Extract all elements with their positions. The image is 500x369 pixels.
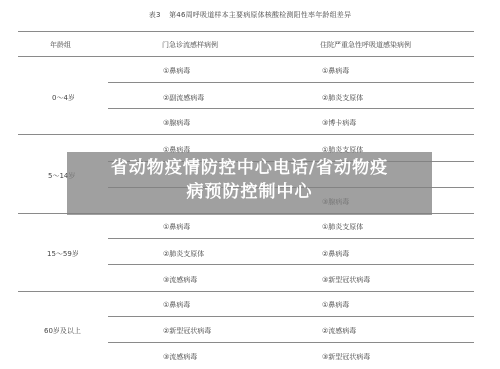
inpatient-item: ③新型冠状病毒 bbox=[322, 352, 370, 362]
row-divider bbox=[108, 82, 474, 83]
row-divider bbox=[108, 238, 474, 239]
outpatient-item: ①鼻病毒 bbox=[163, 300, 190, 310]
outpatient-item: ③腺病毒 bbox=[163, 118, 190, 128]
inpatient-item: ①鼻病毒 bbox=[322, 300, 349, 310]
inpatient-item: ①鼻病毒 bbox=[322, 66, 349, 76]
header-top-rule bbox=[18, 31, 474, 32]
header-bottom-rule bbox=[18, 56, 474, 57]
group-divider bbox=[18, 134, 474, 135]
outpatient-item: ②新型冠状病毒 bbox=[163, 326, 211, 336]
inpatient-item: ①肺炎支原体 bbox=[322, 222, 363, 232]
inpatient-item: ②鼻病毒 bbox=[322, 249, 349, 259]
row-divider bbox=[108, 108, 474, 109]
group-divider bbox=[18, 291, 474, 292]
outpatient-item: ①鼻病毒 bbox=[163, 222, 190, 232]
watermark-text: 省动物疫情防控中心电话/省动物疫 病预防控制中心 bbox=[67, 156, 432, 204]
row-divider bbox=[108, 342, 474, 343]
age-cell: 15～59岁 bbox=[47, 249, 79, 259]
outpatient-item: ①鼻病毒 bbox=[163, 66, 190, 76]
table-number: 表3 bbox=[149, 11, 161, 19]
inpatient-item: ③新型冠状病毒 bbox=[322, 275, 370, 285]
age-cell: 60岁及以上 bbox=[44, 326, 81, 336]
row-divider bbox=[108, 264, 474, 265]
header-age-group: 年龄组 bbox=[50, 40, 71, 50]
age-cell: 0～4岁 bbox=[52, 93, 75, 103]
header-inpatient: 住院严重急性呼吸道感染病例 bbox=[320, 40, 411, 50]
watermark-line-1: 省动物疫情防控中心电话/省动物疫 bbox=[67, 156, 432, 180]
inpatient-item: ③博卡病毒 bbox=[322, 118, 356, 128]
outpatient-item: ②副流感病毒 bbox=[163, 93, 204, 103]
table-caption: 表3 第46周呼吸道样本主要病原体核酸检测阳性率年龄组差异 bbox=[0, 10, 500, 20]
outpatient-item: ③流感病毒 bbox=[163, 352, 197, 362]
table-title: 第46周呼吸道样本主要病原体核酸检测阳性率年龄组差异 bbox=[169, 11, 351, 19]
watermark-line-2: 病预防控制中心 bbox=[67, 180, 432, 204]
outpatient-item: ②肺炎支原体 bbox=[163, 249, 204, 259]
inpatient-item: ②肺炎支原体 bbox=[322, 93, 363, 103]
header-outpatient: 门急诊流感样病例 bbox=[162, 40, 218, 50]
inpatient-item: ②流感病毒 bbox=[322, 326, 356, 336]
row-divider bbox=[108, 316, 474, 317]
outpatient-item: ③流感病毒 bbox=[163, 275, 197, 285]
